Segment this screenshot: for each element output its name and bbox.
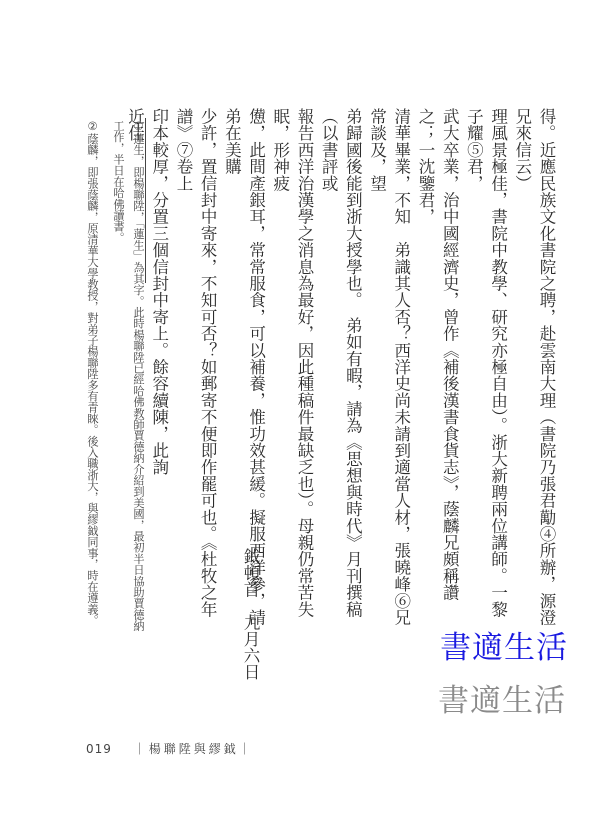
- letter-column: 印本較厚，分置三個信封中寄上。餘容續陳，此詢: [147, 108, 171, 628]
- letter-column: 理風景極佳，書院中教學、研究亦極自由）。浙大新聘兩位講師。一黎子耀⑤君，: [461, 108, 509, 628]
- letter-column: 少許，置信封中寄來，不知可否？如郵寄不便即作罷可也。《杜牧之年譜》⑦卷上: [171, 108, 219, 628]
- watermark-blue: 書適生活: [440, 622, 568, 667]
- footnote-1: ①蓮生，即楊聯陞，「蓮生」為其字。此時楊聯陞已經哈佛教師賈德納介紹到美國，最初半…: [108, 120, 148, 640]
- watermark-gray: 書適生活: [438, 675, 566, 720]
- letter-column: 清華畢業，不知 弟識其人否？西洋史尚未請到適當人材，張曉峰⑥兄常談及，望: [364, 108, 412, 628]
- page-number: 019: [86, 742, 112, 756]
- letter-column: 武大卒業，治中國經濟史，曾作《補後漢書食貨志》，蔭麟兄頗稱讚之；一沈鑒君，: [413, 108, 461, 628]
- page-footer: 019 ｜楊聯陞與繆鉞｜: [86, 740, 254, 757]
- letter-column: 報告西洋治漢學之消息為最好，因此種稿件最缺乏也）。母親仍常苦失眠，形神疲: [268, 108, 316, 628]
- letter-column: 得。近應民族文化書院之聘，赴雲南大理（書院乃張君勱④所辦，源澄兄來信云）: [510, 108, 558, 628]
- letter-column: 弟歸國後能到浙大授學也。 弟如有暇，請為《思想與時代》月刊撰稿（以書評或: [316, 108, 364, 628]
- running-title: ｜楊聯陞與繆鉞｜: [134, 742, 254, 756]
- book-page: 得。近應民族文化書院之聘，赴雲南大理（書院乃張君勱④所辦，源澄兄來信云） 理風景…: [0, 0, 600, 831]
- footnote-2: ②蔭麟，即張蔭麟，原清華大學教授，對弟子楊聯陞多有青睞。後入職浙大，與繆鉞同事，…: [82, 120, 102, 640]
- footnotes: ①蓮生，即楊聯陞，「蓮生」為其字。此時楊聯陞已經哈佛教師賈德納介紹到美國，最初半…: [76, 120, 148, 640]
- letter-body: 得。近應民族文化書院之聘，赴雲南大理（書院乃張君勱④所辦，源澄兄來信云） 理風景…: [122, 108, 558, 628]
- letter-signature: 鉞頓首 九月六日: [238, 548, 262, 680]
